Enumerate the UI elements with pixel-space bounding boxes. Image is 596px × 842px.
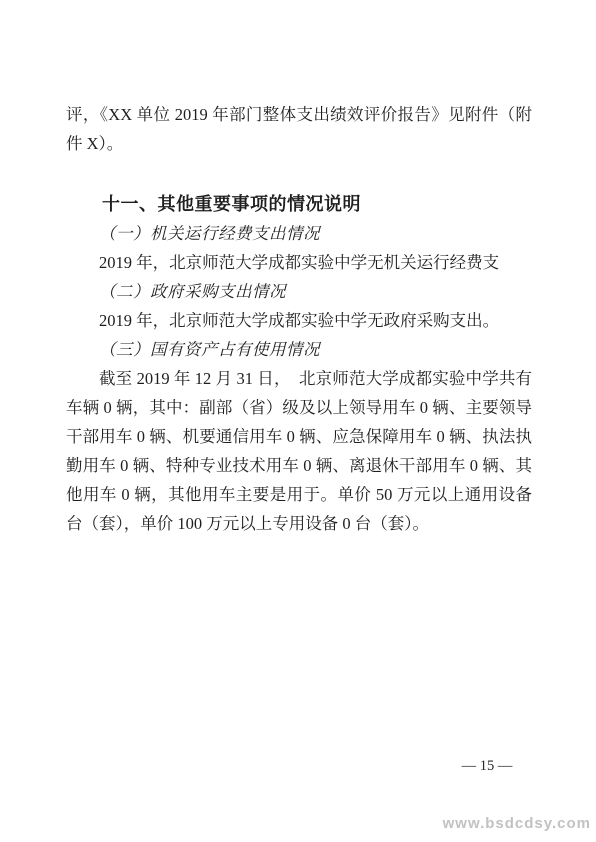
document-page: 评，《XX 单位 2019 年部门整体支出绩效评价报告》见附件（附 件 X）。 … <box>0 0 596 842</box>
subsection-body-1: 2019 年，北京师范大学成都实验中学无机关运行经费支出。 <box>66 248 532 277</box>
subsection-body-2: 2019 年，北京师范大学成都实验中学无政府采购支出。 <box>66 306 532 335</box>
page-content: 评，《XX 单位 2019 年部门整体支出绩效评价报告》见附件（附 件 X）。 … <box>66 100 532 538</box>
subsection-title-1: （一）机关运行经费支出情况 <box>66 219 532 248</box>
intro-paragraph-line: 件 X）。 <box>66 129 532 158</box>
asset-paragraph-line: 台（套），单价 100 万元以上专用设备 0 台（套）。 <box>66 509 532 538</box>
intro-paragraph-line: 评，《XX 单位 2019 年部门整体支出绩效评价报告》见附件（附 <box>66 100 532 129</box>
asset-paragraph-line: 车辆 0 辆，其中：副部（省）级及以上领导用车 0 辆、主要领导 <box>66 393 532 422</box>
asset-paragraph-line: 他用车 0 辆，其他用车主要是用于。单价 50 万元以上通用设备 0 <box>66 480 532 509</box>
section-heading: 十一、其他重要事项的情况说明 <box>66 190 532 219</box>
watermark-text: www.bsdcdsy.com <box>443 815 591 832</box>
asset-paragraph-line: 勤用车 0 辆、特种专业技术用车 0 辆、离退休干部用车 0 辆、其 <box>66 451 532 480</box>
asset-usage-paragraph: 截至 2019 年 12 月 31 日， 北京师范大学成都实验中学共有 车辆 0… <box>66 364 532 538</box>
subsection-title-2: （二）政府采购支出情况 <box>66 277 532 306</box>
page-number: — 15 — <box>452 756 522 776</box>
asset-paragraph-line: 干部用车 0 辆、机要通信用车 0 辆、应急保障用车 0 辆、执法执 <box>66 422 532 451</box>
subsection-title-3: （三）国有资产占有使用情况 <box>66 335 532 364</box>
asset-paragraph-line: 截至 2019 年 12 月 31 日， 北京师范大学成都实验中学共有 <box>66 364 532 393</box>
